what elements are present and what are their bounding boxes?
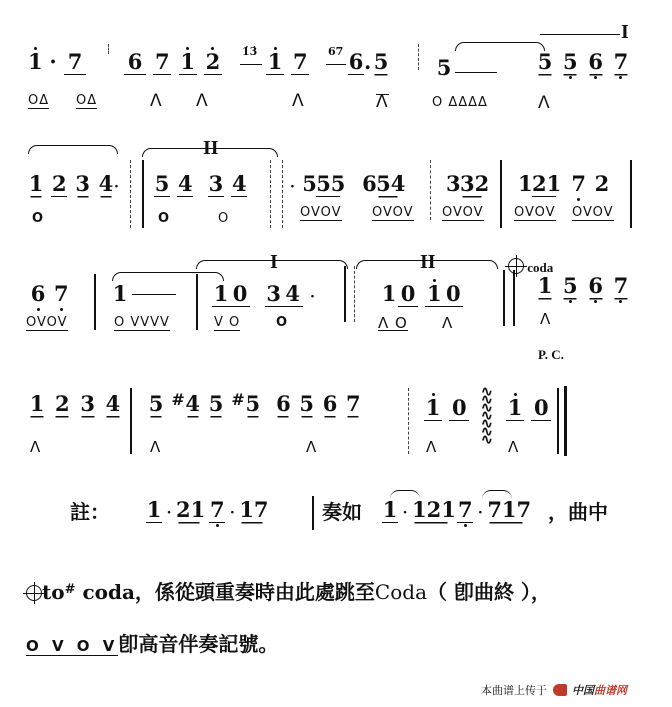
strum-mark: Λ [306,440,317,454]
strum-mark: OΔ [28,94,49,109]
barline [418,44,419,70]
strum-mark: Λ [292,94,305,108]
barline [142,160,144,228]
measure-notes: 1 [112,282,128,306]
strum-mark: O [276,316,288,330]
strum-mark: Λ [150,440,161,454]
watermark-brand-2: 曲谱网 [594,684,627,697]
repeat-barline [344,266,346,322]
measure-notes: 5 #4 5 #5 6 5 6 7 [148,392,361,416]
measure-notes: 6 7 [30,282,69,306]
volta-1-label: I [621,22,629,42]
barline [108,44,109,54]
barline [130,388,132,454]
logo-icon [553,684,567,696]
strum-mark: Λ [376,94,389,109]
tie-dash [455,72,497,73]
barline [630,160,632,228]
strum-mark: OVOV [26,316,68,331]
notes-label: 註： [70,500,110,524]
measure-notes: 1 0 [424,396,469,421]
barline [408,388,409,454]
barline [282,160,283,228]
volta-2-label: II [420,252,436,272]
strum-mark: Λ [150,94,163,108]
barline [270,160,271,228]
measure-notes: 1 2 3 4· [28,172,119,199]
watermark-brand-1: 中国 [572,684,594,697]
grace-note: 1̇3̇ [242,46,257,57]
repeat-barline [354,266,355,322]
play-as-label: 奏如 [322,500,362,524]
ornament-realization: 1·121 7·717 [382,498,525,525]
watermark-prefix: 本曲谱上传于 [481,684,547,697]
measure-notes: 6.5 [348,50,390,75]
barline [196,274,198,330]
watermark: 本曲谱上传于 中国曲谱网 [481,684,627,698]
strum-mark: OVOV [442,206,484,221]
tie-dash [132,294,176,295]
final-barline [564,386,567,456]
notes-trail: ，曲中 [548,500,608,524]
accompaniment-explanation: O V O V卽高音伴奏記號。 [26,632,278,656]
coda-explanation: to# coda，係從頭重奏時由此處跳至Coda（ 卽曲終 ）， [26,578,551,604]
grace-stroke [240,64,262,65]
strum-mark: OVOV [572,206,614,221]
strum-mark: O [32,212,44,226]
measure-notes: 5 4 3 4 [154,172,247,197]
arpeggio-mark: ∿∿∿∿∿∿∿ [481,388,493,444]
measure-notes: 1·7 [28,50,86,75]
strum-mark: O V O V [26,637,118,656]
barline [503,270,505,326]
barline [430,160,431,220]
strum-mark: OVOV [514,206,556,221]
strum-mark: Λ [442,316,453,330]
barline [513,270,515,326]
volta-1-label: I [270,252,278,272]
strum-mark: V O [214,316,240,331]
measure-notes: 10 34 · [212,282,315,309]
slur [455,42,545,51]
measure-notes: 10 10 [380,282,463,307]
strum-mark: Λ [426,440,437,454]
measure-notes: 1 0 [506,396,551,421]
measure-notes: 332 [446,172,484,196]
strum-mark: Λ [30,440,41,454]
coda-icon [26,585,42,601]
divider [312,496,314,530]
strum-mark: O ΔΔΔΔ [432,96,488,110]
grace-note: 67 [328,46,343,57]
strum-mark: Λ [540,312,551,326]
strum-mark: OVOV [300,206,342,221]
measure-notes: · 555 654 [290,172,400,199]
ornament-example: 1·21 7·17 [146,498,265,525]
volta-2-label: II [203,138,219,158]
repeat-barline [130,160,131,228]
pc-label: P. C. [538,348,564,362]
measure-notes: 1 5 6 7 [536,274,630,298]
strum-mark: O [158,212,170,226]
slur [112,272,224,281]
measure-notes: 1 2 3 4 [28,392,122,416]
strum-mark: O [218,212,229,226]
strum-mark: OΔ [76,94,97,109]
measure-notes: 6 7 1 2 [124,50,222,75]
measure-notes: 121 7 2 [518,172,610,197]
strum-mark: Λ [508,440,519,454]
measure-notes: 5 [436,56,452,80]
volta-1-line [540,34,620,35]
measure-notes: 1 7 [266,50,309,75]
strum-mark: OVOV [372,206,414,221]
coda-icon [508,258,524,274]
strum-mark: Λ [538,96,551,110]
strum-mark: Λ O [378,316,408,331]
strum-mark: Λ [196,94,209,108]
barline [500,160,502,228]
strum-mark: O VVVV [114,316,170,331]
barline [94,274,96,330]
grace-stroke [326,64,346,65]
measure-notes: 5 5 6 7 [536,50,630,74]
final-barline [557,388,559,454]
slur [28,145,118,154]
